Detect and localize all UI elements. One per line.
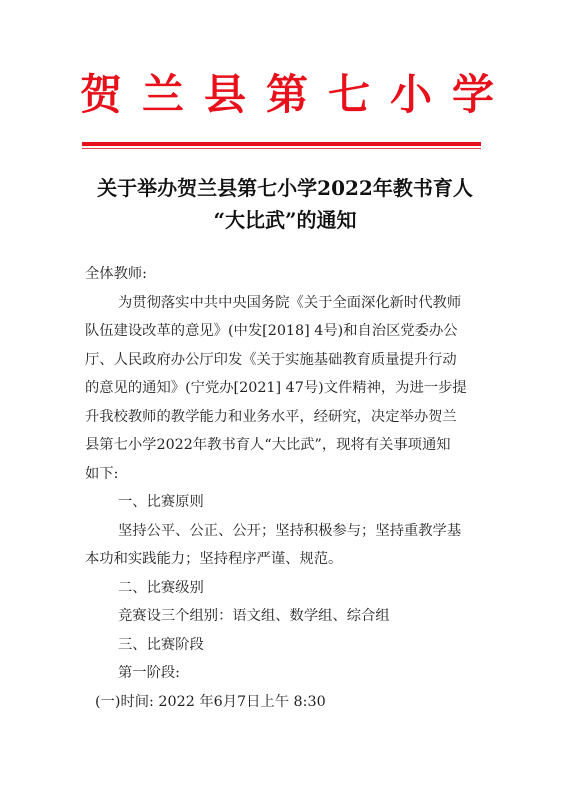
paragraph-line: 坚持公平、公正、公开；坚持积极参与；坚持重教学基 xyxy=(85,517,485,546)
title-line-2: “大比武”的通知 xyxy=(60,204,510,236)
paragraph-line: 为贯彻落实中共中央国务院《关于全面深化新时代教师 xyxy=(85,289,485,318)
paragraph-line: 如下: xyxy=(85,460,485,489)
paragraph-line: 升我校教师的教学能力和业务水平，经研究，决定举办贺兰 xyxy=(85,403,485,432)
document-page: 贺兰县第七小学 关于举办贺兰县第七小学2022年教书育人 “大比武”的通知 全体… xyxy=(0,0,565,800)
paragraph-line: 县第七小学2022年教书育人“大比武”，现将有关事项通知 xyxy=(85,431,485,460)
title-line-1: 关于举办贺兰县第七小学2022年教书育人 xyxy=(60,172,510,204)
section-heading-stages: 三、比赛阶段 xyxy=(85,631,485,660)
school-masthead: 贺兰县第七小学 xyxy=(80,70,485,120)
stage-label: 第一阶段: xyxy=(85,659,485,688)
document-title: 关于举办贺兰县第七小学2022年教书育人 “大比武”的通知 xyxy=(60,172,510,236)
salutation: 全体教师: xyxy=(85,260,485,289)
red-header-rule-thin xyxy=(82,148,481,149)
section-heading-principles: 一、比赛原则 xyxy=(85,488,485,517)
section-heading-levels: 二、比赛级别 xyxy=(85,574,485,603)
paragraph-line: 队伍建设改革的意见》(中发[2018] 4号)和自治区党委办公 xyxy=(85,317,485,346)
stage-time: (一)时间: 2022 年6月7日上午 8:30 xyxy=(85,688,485,717)
red-header-rule xyxy=(82,142,481,146)
paragraph-line: 的意见的通知》(宁党办[2021] 47号)文件精神，为进一步提 xyxy=(85,374,485,403)
paragraph-line: 厅、人民政府办公厅印发《关于实施基础教育质量提升行动 xyxy=(85,346,485,375)
paragraph-line: 竞赛设三个组别：语文组、数学组、综合组 xyxy=(85,602,485,631)
paragraph-line: 本功和实践能力；坚持程序严谨、规范。 xyxy=(85,545,485,574)
document-body: 全体教师: 为贯彻落实中共中央国务院《关于全面深化新时代教师 队伍建设改革的意见… xyxy=(85,260,485,716)
